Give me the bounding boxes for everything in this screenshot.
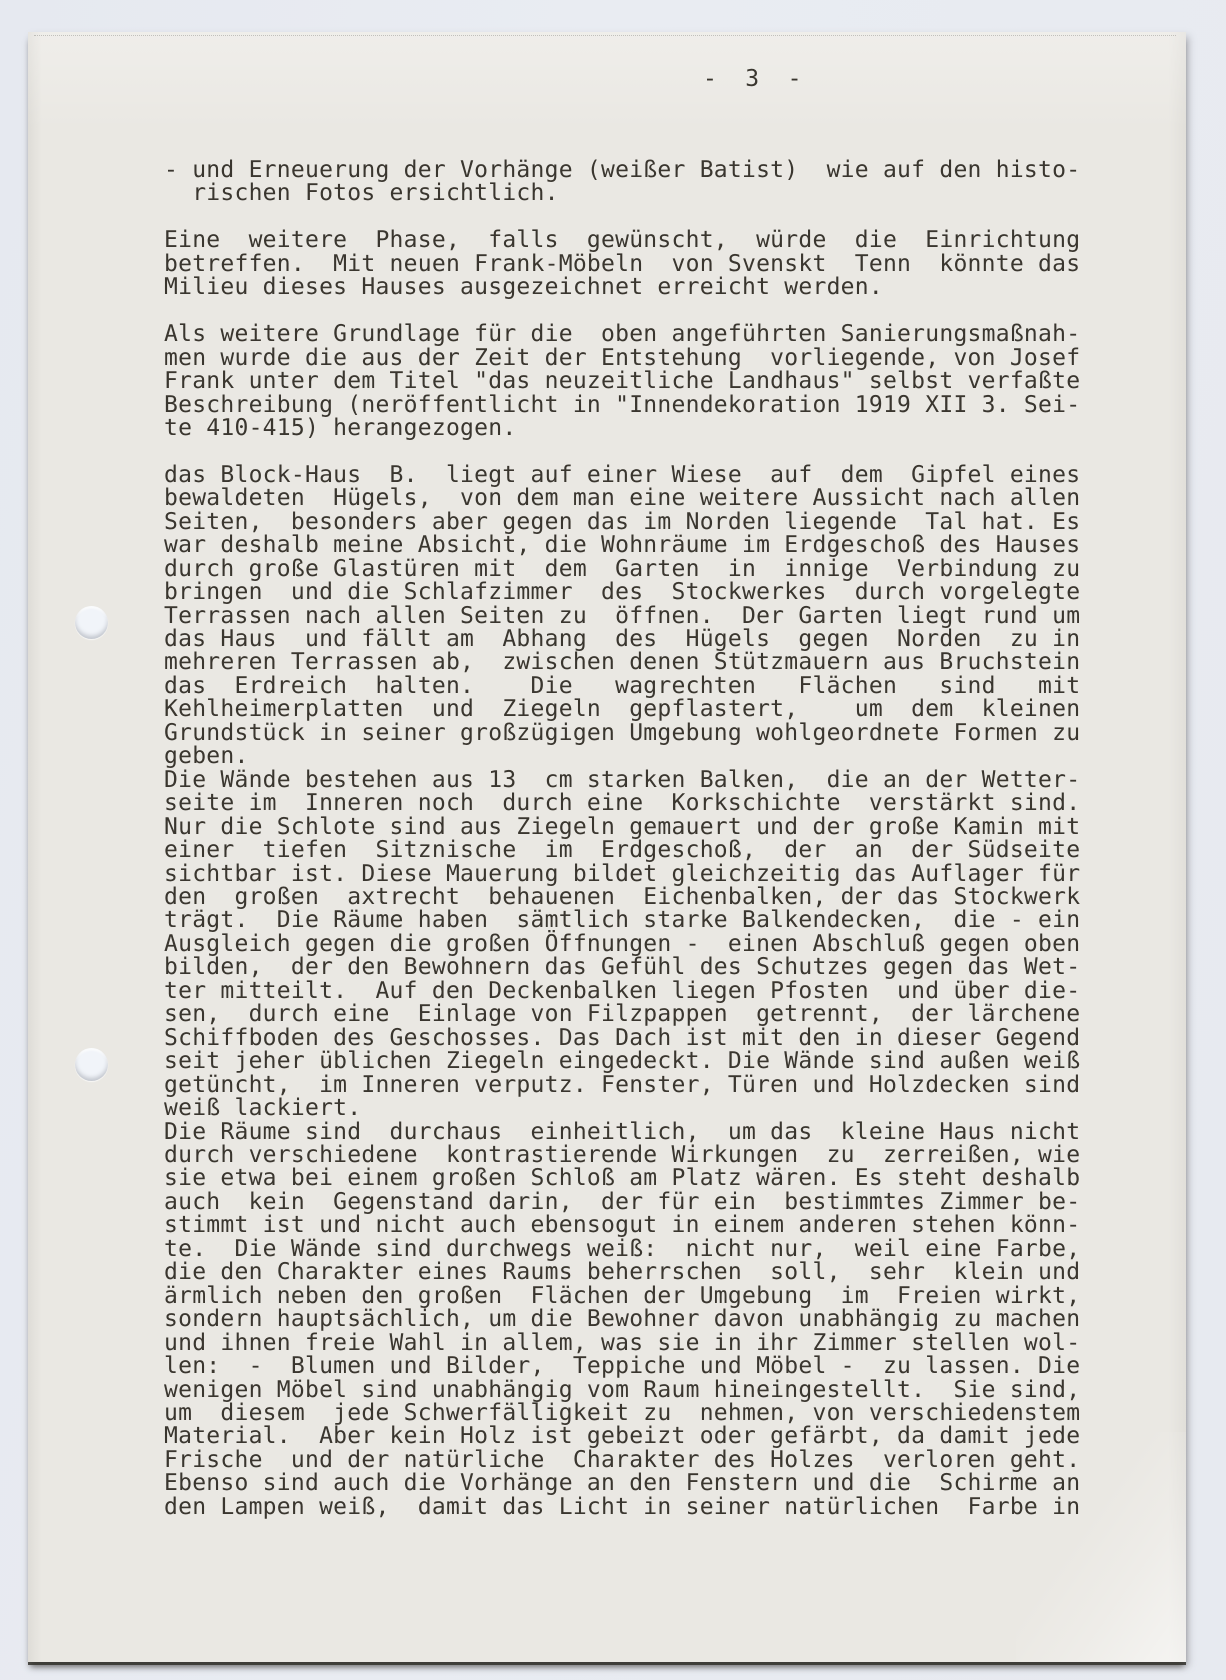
punch-hole-top <box>75 606 108 639</box>
paragraph-furnishing-phase: Eine weitere Phase, falls gewünscht, wür… <box>164 229 1080 299</box>
punch-hole-bottom <box>75 1048 108 1081</box>
paragraph-curtain-renewal: - und Erneuerung der Vorhänge (weißer Ba… <box>164 159 1080 206</box>
scan-background: - 3 - - und Erneuerung der Vorhänge (wei… <box>0 0 1226 1680</box>
document-text: - und Erneuerung der Vorhänge (weißer Ba… <box>164 159 1080 1519</box>
paragraph-frank-house-description: das Block-Haus B. liegt auf einer Wiese … <box>164 464 1080 1519</box>
paragraph-renovation-basis: Als weitere Grundlage für die oben angef… <box>164 323 1080 440</box>
page-number: - 3 - <box>703 68 802 91</box>
document-page: - 3 - - und Erneuerung der Vorhänge (wei… <box>28 32 1186 1662</box>
